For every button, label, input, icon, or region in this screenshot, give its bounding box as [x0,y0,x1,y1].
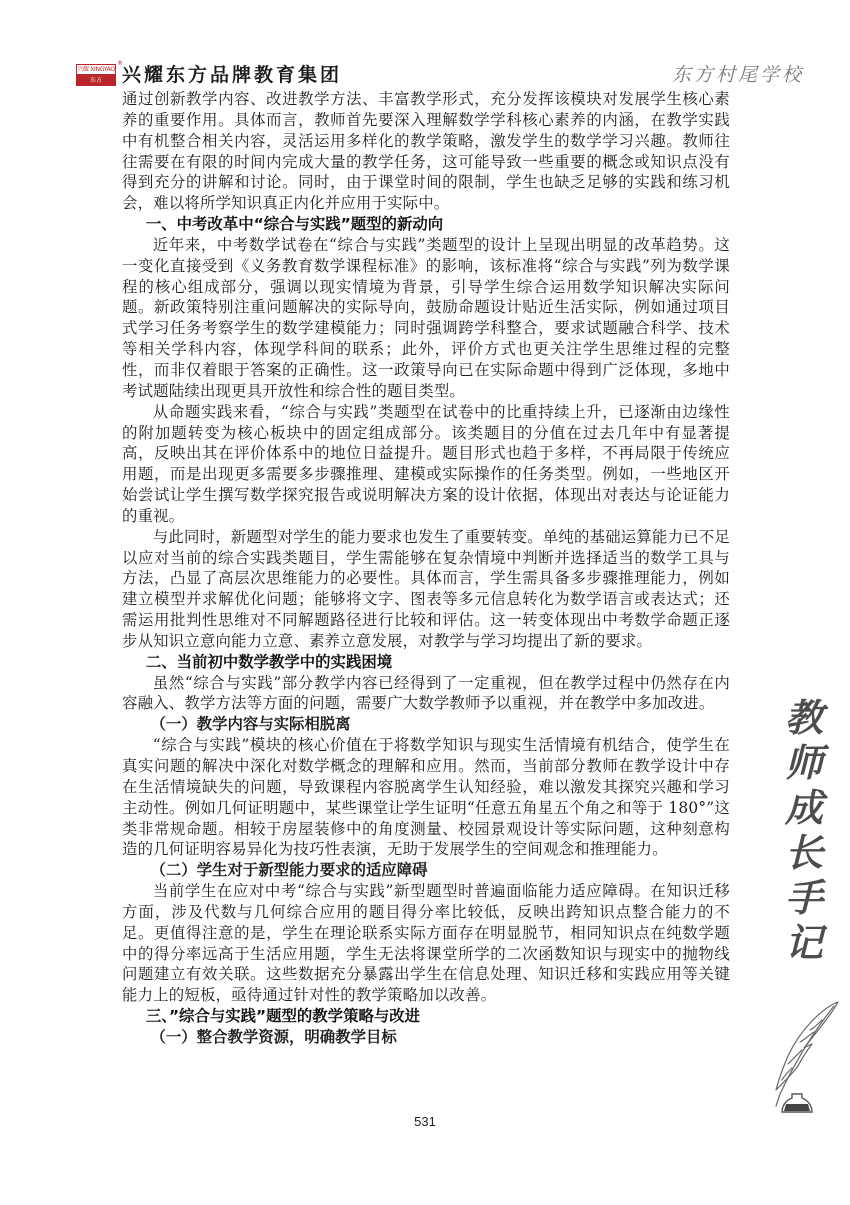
document-body: 通过创新教学内容、改进教学方法、丰富教学形式，充分发挥该模块对发展学生核心素养的… [122,89,730,1048]
page-header: 兴耀 XINGYAO 东方 ® 兴耀东方品牌教育集团 东方村尾学校 [0,0,850,92]
calligraphy-char: 记 [774,920,834,965]
section-2-intro: 虽然“综合与实践”部分教学内容已经得到了一定重视，但在教学过程中仍然存在内容融入… [122,673,730,715]
calligraphy-char: 长 [774,830,834,875]
section-2-2-paragraph: 当前学生在应对中考“综合与实践”新型题型时普遍面临能力适应障碍。在知识迁移方面，… [122,881,730,1006]
logo-top-text: 兴耀 XINGYAO [76,64,116,75]
section-2-heading: 二、当前初中数学教学中的实践困境 [122,652,730,673]
section-2-1-heading: （一）教学内容与实际相脱离 [122,714,730,735]
section-1-paragraph-3: 与此同时，新题型对学生的能力要求也发生了重要转变。单纯的基础运算能力已不足以应对… [122,527,730,652]
calligraphy-char: 教 [774,695,834,740]
section-2-1-paragraph: “综合与实践”模块的核心价值在于将数学知识与现实生活情境有机结合，使学生在真实问… [122,735,730,860]
section-1-heading: 一、中考改革中“综合与实践”题型的新动向 [122,214,730,235]
section-3-1-heading: （一）整合教学资源，明确教学目标 [122,1027,730,1048]
section-1-paragraph-2: 从命题实践来看，“综合与实践”类题型在试卷中的比重持续上升，已逐渐由边缘性的附加… [122,402,730,527]
section-3-heading: 三、”综合与实践”题型的教学策略与改进 [122,1006,730,1027]
section-2-2-heading: （二）学生对于新型能力要求的适应障碍 [122,860,730,881]
intro-paragraph: 通过创新教学内容、改进教学方法、丰富教学形式，充分发挥该模块对发展学生核心素养的… [122,89,730,214]
sidebar-calligraphy-title: 教 师 成 长 手 记 [774,695,834,965]
page-number: 531 [0,1114,850,1129]
brand-logo: 兴耀 XINGYAO 东方 ® [76,64,116,86]
quill-inkwell-icon [762,990,842,1115]
section-1-paragraph-1: 近年来，中考数学试卷在“综合与实践”类题型的设计上呈现出明显的改革趋势。这一变化… [122,235,730,402]
logo-bottom-text: 东方 [76,75,116,86]
calligraphy-char: 成 [774,785,834,830]
brand-title: 兴耀东方品牌教育集团 [122,63,342,87]
calligraphy-char: 手 [774,875,834,920]
calligraphy-char: 师 [774,740,834,785]
school-name: 东方村尾学校 [672,63,804,87]
